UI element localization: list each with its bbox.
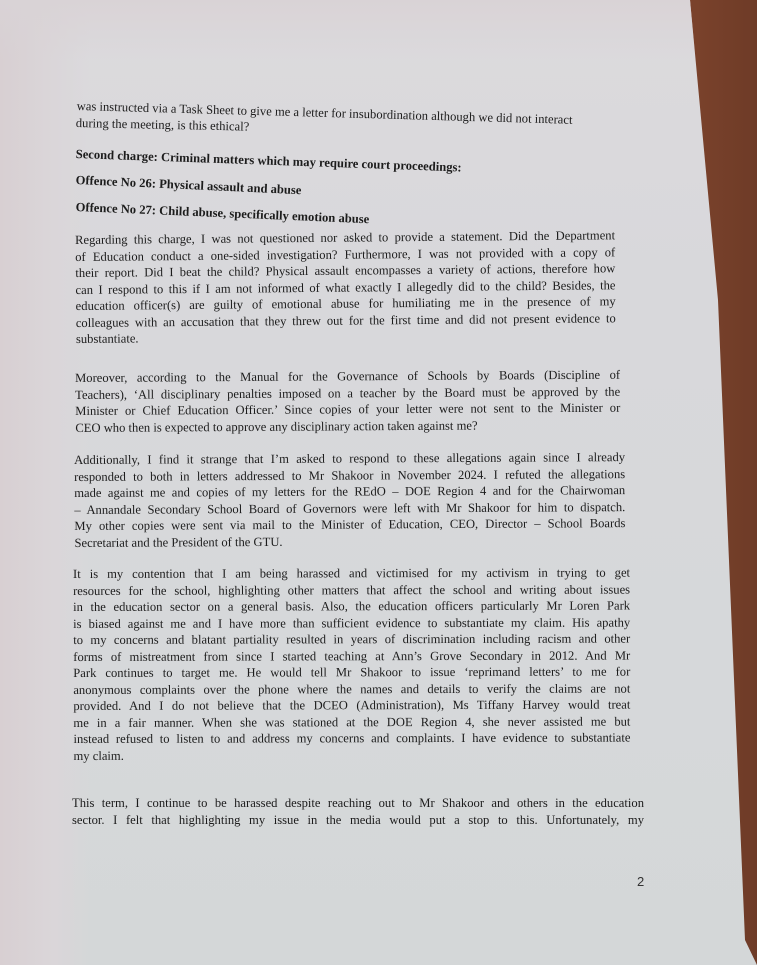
intro-text-2: during the meeting, is this ethical?: [76, 115, 276, 136]
text-line: CEO who then is expected to approve any …: [75, 416, 620, 436]
text-line: to my concerns and blatant partiality re…: [73, 631, 630, 649]
text-line: This term, I continue to be harassed des…: [72, 795, 644, 812]
text-line: provided. And I do not believe that the …: [73, 697, 630, 715]
text-line: Secretariat and the President of the GTU…: [74, 532, 625, 551]
text-line: is biased against me and I have more tha…: [73, 614, 630, 632]
text-line: forms of mistreatment from since I start…: [73, 647, 630, 665]
text-line: resources for the school, highlighting o…: [73, 581, 630, 599]
text-line: sector. I felt that highlighting my issu…: [72, 812, 644, 829]
text-line: my claim.: [73, 746, 630, 764]
text-line: Minister or Chief Education Officer.’ Si…: [75, 400, 620, 420]
paragraph-additionally: Additionally, I find it strange that I’m…: [74, 449, 626, 551]
paragraph-regarding-charge: Regarding this charge, I was not questio…: [75, 227, 616, 347]
paragraph-moreover: Moreover, according to the Manual for th…: [75, 367, 620, 436]
text-line: instead refused to listen to and address…: [73, 730, 630, 748]
text-line: anonymous complaints over the phone wher…: [73, 680, 630, 698]
page-number: 2: [637, 874, 644, 889]
paragraph-this-term: This term, I continue to be harassed des…: [72, 795, 644, 828]
text-line: Park continues to target me. He would te…: [73, 664, 630, 682]
text-line: in the education sector on a general bas…: [73, 598, 630, 616]
text-line: It is my contention that I am being hara…: [73, 565, 630, 583]
text-line: me in a fair manner. When she was statio…: [73, 713, 630, 731]
text-line: during the meeting, is this ethical?: [76, 115, 276, 136]
document-page: was instructed via a Task Sheet to give …: [0, 0, 757, 965]
heading-offence-26: Offence No 26: Physical assault and abus…: [75, 172, 302, 199]
paragraph-contention: It is my contention that I am being hara…: [73, 565, 631, 764]
text-line: My other copies were sent via mail to th…: [74, 515, 625, 534]
page-fold-shadow: [0, 0, 757, 60]
heading-second-charge: Second charge: Criminal matters which ma…: [75, 146, 462, 176]
heading-offence-27: Offence No 27: Child abuse, specifically…: [75, 199, 369, 228]
